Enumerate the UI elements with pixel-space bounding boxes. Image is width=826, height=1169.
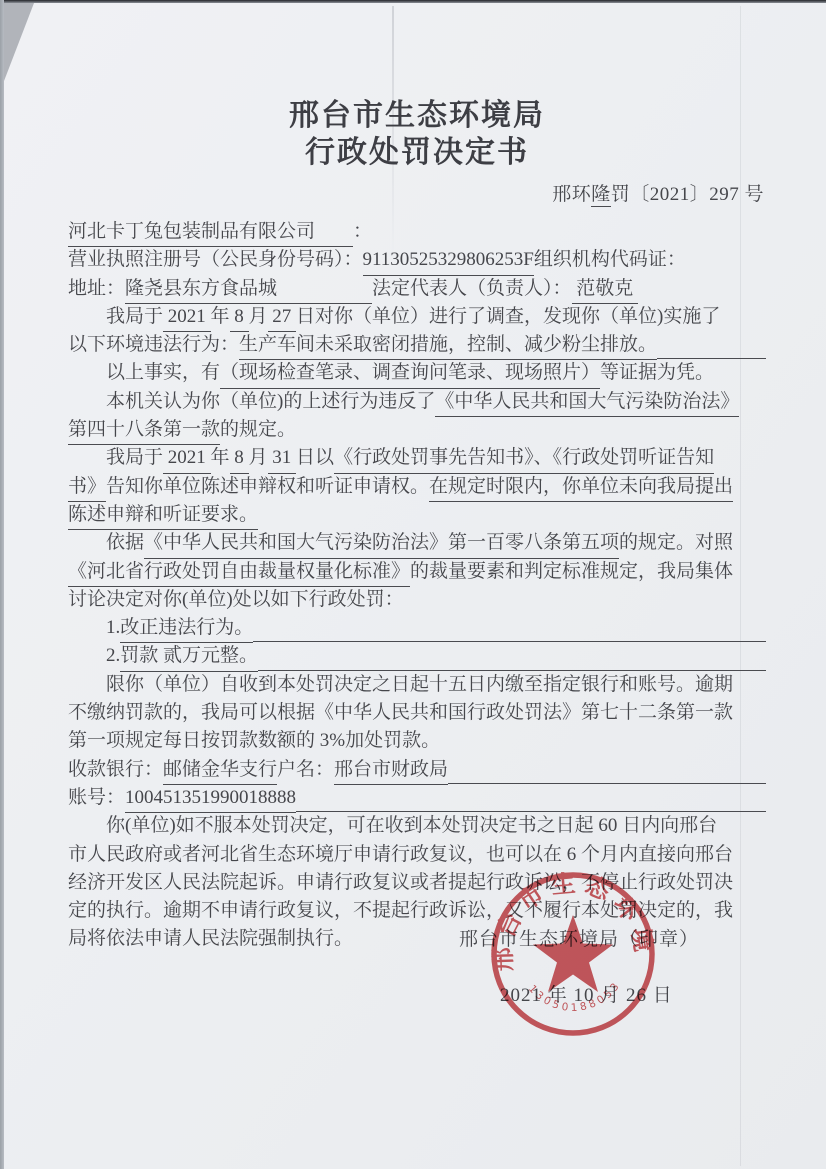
underline-fill bbox=[448, 756, 766, 784]
text-line: 本机关认为你（单位)的上述行为违反了《中华人民共和国大气污染防治法》 bbox=[68, 388, 766, 416]
underlined-text: 31 bbox=[268, 444, 297, 473]
text-segment: 你(单位)如不服本处罚决定，可在收到本处罚决定书之日起 60 日内向邢台 bbox=[106, 812, 717, 840]
text-segment: 法定代表人（负责人）： bbox=[372, 275, 572, 303]
underlined-text: 在规定时限内，你单位未向我局提出 bbox=[429, 473, 733, 502]
official-seal: 邢台市生态环境局 1305018805313 bbox=[486, 867, 660, 1041]
text-segment: 年 bbox=[211, 444, 230, 472]
text-line: 以下环境违法行为：生产车间未采取密闭措施，控制、减少粉尘排放。 bbox=[68, 331, 766, 359]
underlined-text: 邢台市财政局 bbox=[334, 756, 448, 785]
underlined-text: 改正违法行为。 bbox=[120, 614, 253, 643]
text-line: 市人民政府或者河北省生态环境厅申请行政复议，也可以在 6 个月内直接向邢台 bbox=[68, 841, 766, 869]
underlined-text: 《河北省行政处罚自由裁量权量化标准》 bbox=[68, 558, 410, 587]
underlined-text: 2021 bbox=[163, 444, 211, 473]
text-line: 以上事实，有（现场检查笔录、调查询问笔录、现场照片）等证据为凭。 bbox=[68, 359, 766, 387]
text-line: 我局于 2021 年 8 月 27 日对你（单位）进行了调查，发现你（单位)实施… bbox=[68, 303, 766, 331]
text-segment: 1. bbox=[106, 614, 120, 642]
text-segment: 户名： bbox=[277, 756, 334, 784]
underlined-text: 《中华人民共和国大气污染防治法》 bbox=[435, 388, 739, 417]
text-segment: 以下环境违法行为： bbox=[68, 331, 239, 359]
document-title-type: 行政处罚决定书 bbox=[68, 134, 766, 171]
document-title-agency: 邢台市生态环境局 bbox=[68, 97, 766, 134]
text-segment: 月 bbox=[249, 303, 268, 331]
underlined-text: 河北卡丁兔包装制品有限公司 bbox=[68, 218, 353, 247]
text-line: 营业执照注册号（公民身份号码）：91130525329806253F组织机构代码… bbox=[68, 246, 766, 274]
text-segment: 地址： bbox=[68, 275, 125, 303]
text-line: 河北卡丁兔包装制品有限公司 ： bbox=[68, 218, 766, 246]
text-segment: 的规定。对照 bbox=[619, 529, 733, 557]
doc-number: 邢环隆罚〔2021〕297 号 bbox=[68, 179, 766, 207]
text-segment: 第一项规定每日按罚款数额的 3%加处罚款。 bbox=[68, 727, 440, 755]
underlined-text: 范敬克 bbox=[572, 275, 639, 304]
text-segment: 营业执照注册号（公民身份号码）： bbox=[68, 246, 363, 274]
text-segment: ： bbox=[353, 218, 372, 246]
text-segment: 告知你单位陈述申辩权和听证申请权。 bbox=[106, 473, 429, 501]
text-segment: 账号： bbox=[68, 784, 125, 812]
text-segment: 依据 bbox=[106, 529, 144, 557]
text-segment: 不缴纳罚款的，我局可以根据《中华人民共和国行政处罚法》第七十二条第一款 bbox=[68, 699, 733, 727]
underlined-text: 陈述申辩和听证要求。 bbox=[68, 501, 258, 530]
underlined-text: 第四十八条第一款 bbox=[68, 416, 220, 445]
underlined-text: 隆尧县东方食品城 bbox=[125, 275, 372, 304]
text-line: 定的执行。逾期不申请行政复议，不提起行政诉讼，又不履行本处罚决定的，我 bbox=[68, 897, 766, 925]
text-segment: 组织机构代码证： bbox=[534, 246, 686, 274]
underline-fill bbox=[296, 784, 766, 812]
document-body: 河北卡丁兔包装制品有限公司 ：营业执照注册号（公民身份号码）：911305253… bbox=[68, 218, 766, 954]
text-segment: 等证据为凭。 bbox=[600, 359, 714, 387]
text-segment: 的裁量要素和判定标准规定，我局集体 bbox=[410, 558, 733, 586]
text-line: 《河北省行政处罚自由裁量权量化标准》的裁量要素和判定标准规定，我局集体 bbox=[68, 558, 766, 586]
text-line: 经济开发区人民法院起诉。申请行政复议或者提起行政诉讼，不停止行政处罚决 bbox=[68, 869, 766, 897]
underline-fill bbox=[258, 642, 766, 670]
text-line: 限你（单位）自收到本处罚决定之日起十五日内缴至指定银行和账号。逾期 bbox=[68, 671, 766, 699]
underlined-text: 91130525329806253F bbox=[363, 246, 534, 275]
text-line: 依据《中华人民共和国大气污染防治法》第一百零八条第五项的规定。对照 bbox=[68, 529, 766, 557]
penalty-decision-document: 邢台市生态环境局 行政处罚决定书 邢环隆罚〔2021〕297 号 河北卡丁兔包装… bbox=[68, 97, 766, 954]
underlined-text: 《行政处罚事先告知书》、《行政处罚听证告知 bbox=[334, 444, 714, 473]
text-segment: 我局于 bbox=[106, 303, 163, 331]
text-line: 收款银行：邮储金华支行户名：邢台市财政局 bbox=[68, 756, 766, 784]
underlined-text: 罚款 贰万元整。 bbox=[120, 642, 258, 671]
underlined-text: 8 bbox=[230, 444, 249, 473]
underlined-text: 8 bbox=[230, 303, 249, 332]
seal-star bbox=[533, 915, 613, 992]
text-segment: 罚〔2021〕297 号 bbox=[611, 179, 764, 207]
underlined-text: 2021 bbox=[163, 303, 211, 332]
text-line: 不缴纳罚款的，我局可以根据《中华人民共和国行政处罚法》第七十二条第一款 bbox=[68, 699, 766, 727]
text-segment: 本机关认为你（单位)的上述行为违反了 bbox=[106, 388, 435, 416]
scan-corner-artifact bbox=[4, 3, 34, 81]
text-segment: 月 bbox=[249, 444, 268, 472]
scan-edge bbox=[0, 0, 826, 3]
underlined-text: 《中华人民共和国大气污染防治法》第一百零八条第五项 bbox=[144, 529, 619, 558]
text-line: 2.罚款 贰万元整。 bbox=[68, 642, 766, 670]
text-segment: 收款银行： bbox=[68, 756, 163, 784]
text-segment: 邢环 bbox=[552, 179, 591, 207]
underlined-text: 生产车间未采取密闭措施，控制、减少粉尘排放。 bbox=[239, 331, 657, 360]
scan-edge bbox=[0, 0, 4, 1169]
underlined-text: 100451351990018888 bbox=[125, 784, 296, 813]
text-segment: 局将依法申请人民法院强制执行。 bbox=[68, 925, 353, 953]
text-line: 陈述申辩和听证要求。 bbox=[68, 501, 766, 529]
text-segment: 的规定。 bbox=[220, 416, 296, 444]
text-line: 书》告知你单位陈述申辩权和听证申请权。在规定时限内，你单位未向我局提出 bbox=[68, 473, 766, 501]
underlined-text: 隆 bbox=[591, 179, 611, 207]
underlined-text: 邮储金华支行 bbox=[163, 756, 277, 785]
text-segment: 市人民政府或者河北省生态环境厅申请行政复议，也可以在 6 个月内直接向邢台 bbox=[68, 841, 733, 869]
underlined-text: （现场检查笔录、调查询问笔录、现场照片） bbox=[220, 359, 600, 388]
text-segment: 以上事实，有 bbox=[106, 359, 220, 387]
text-line: 地址：隆尧县东方食品城 法定代表人（负责人）： 范敬克 bbox=[68, 275, 766, 303]
underlined-text: 27 bbox=[268, 303, 297, 332]
underline-fill bbox=[253, 614, 766, 642]
text-line: 你(单位)如不服本处罚决定，可在收到本处罚决定书之日起 60 日内向邢台 bbox=[68, 812, 766, 840]
text-segment: 限你（单位）自收到本处罚决定之日起十五日内缴至指定银行和账号。逾期 bbox=[106, 671, 733, 699]
scanned-document-paper: 邢台市生态环境局 行政处罚决定书 邢环隆罚〔2021〕297 号 河北卡丁兔包装… bbox=[4, 3, 826, 1169]
text-segment: 讨论决定对你(单位)处以如下行政处罚： bbox=[68, 586, 404, 614]
text-segment: 日以 bbox=[296, 444, 334, 472]
underlined-text: 书》 bbox=[68, 473, 106, 502]
text-segment: 日对你（单位）进行了调查，发现你（单位)实施了 bbox=[296, 303, 720, 331]
text-segment: 我局于 bbox=[106, 444, 163, 472]
text-line: 账号：100451351990018888 bbox=[68, 784, 766, 812]
text-segment: 2. bbox=[106, 642, 120, 670]
text-line: 讨论决定对你(单位)处以如下行政处罚： bbox=[68, 586, 766, 614]
text-line: 第四十八条第一款的规定。 bbox=[68, 416, 766, 444]
text-line: 我局于 2021 年 8 月 31 日以《行政处罚事先告知书》、《行政处罚听证告… bbox=[68, 444, 766, 472]
text-line: 第一项规定每日按罚款数额的 3%加处罚款。 bbox=[68, 727, 766, 755]
text-line: 1.改正违法行为。 bbox=[68, 614, 766, 642]
text-segment: 年 bbox=[211, 303, 230, 331]
underline-fill bbox=[657, 331, 766, 359]
